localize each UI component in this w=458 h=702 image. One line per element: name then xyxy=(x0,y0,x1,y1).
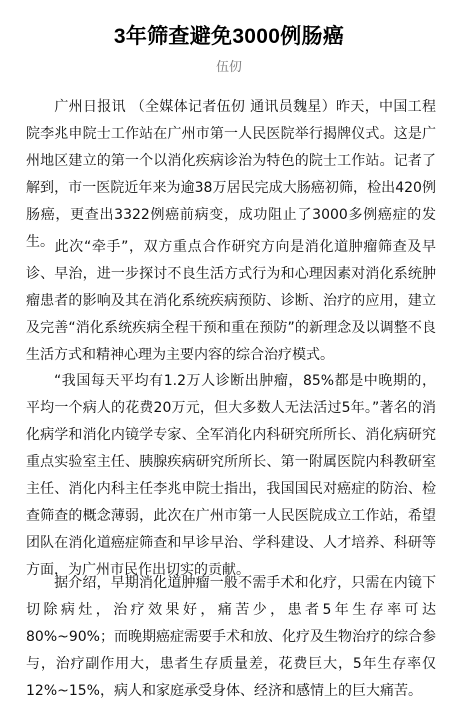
paragraph-3: “我国每天平均有1.2万人诊断出肿瘤，85%都是中晚期的，平均一个病人的花费20… xyxy=(26,368,436,584)
paragraph-text: 广州日报讯 （全媒体记者伍仞 通讯员魏星）昨天，中国工程院李兆申院士工作站在广州… xyxy=(26,99,436,250)
paragraph-2: 此次“牵手”，双方重点合作研究方向是消化道肿瘤筛查及早诊、早治，进一步探讨不良生… xyxy=(26,234,436,369)
paragraph-4: 据介绍，早期消化道肿瘤一般不需手术和化疗，只需在内镜下切除病灶，治疗效果好，痛苦… xyxy=(26,570,436,702)
paragraph-text: 据介绍，早期消化道肿瘤一般不需手术和化疗，只需在内镜下切除病灶，治疗效果好，痛苦… xyxy=(26,575,436,699)
paragraph-text: 此次“牵手”，双方重点合作研究方向是消化道肿瘤筛查及早诊、早治，进一步探讨不良生… xyxy=(26,239,436,363)
article-author: 伍仞 xyxy=(0,58,458,78)
article: 3年筛查避免3000例肠癌 伍仞 广州日报讯 （全媒体记者伍仞 通讯员魏星）昨天… xyxy=(0,0,458,702)
paragraph-1: 广州日报讯 （全媒体记者伍仞 通讯员魏星）昨天，中国工程院李兆申院士工作站在广州… xyxy=(26,94,436,256)
article-title: 3年筛查避免3000例肠癌 xyxy=(0,22,458,52)
paragraph-text: “我国每天平均有1.2万人诊断出肿瘤，85%都是中晚期的，平均一个病人的花费20… xyxy=(26,373,436,578)
